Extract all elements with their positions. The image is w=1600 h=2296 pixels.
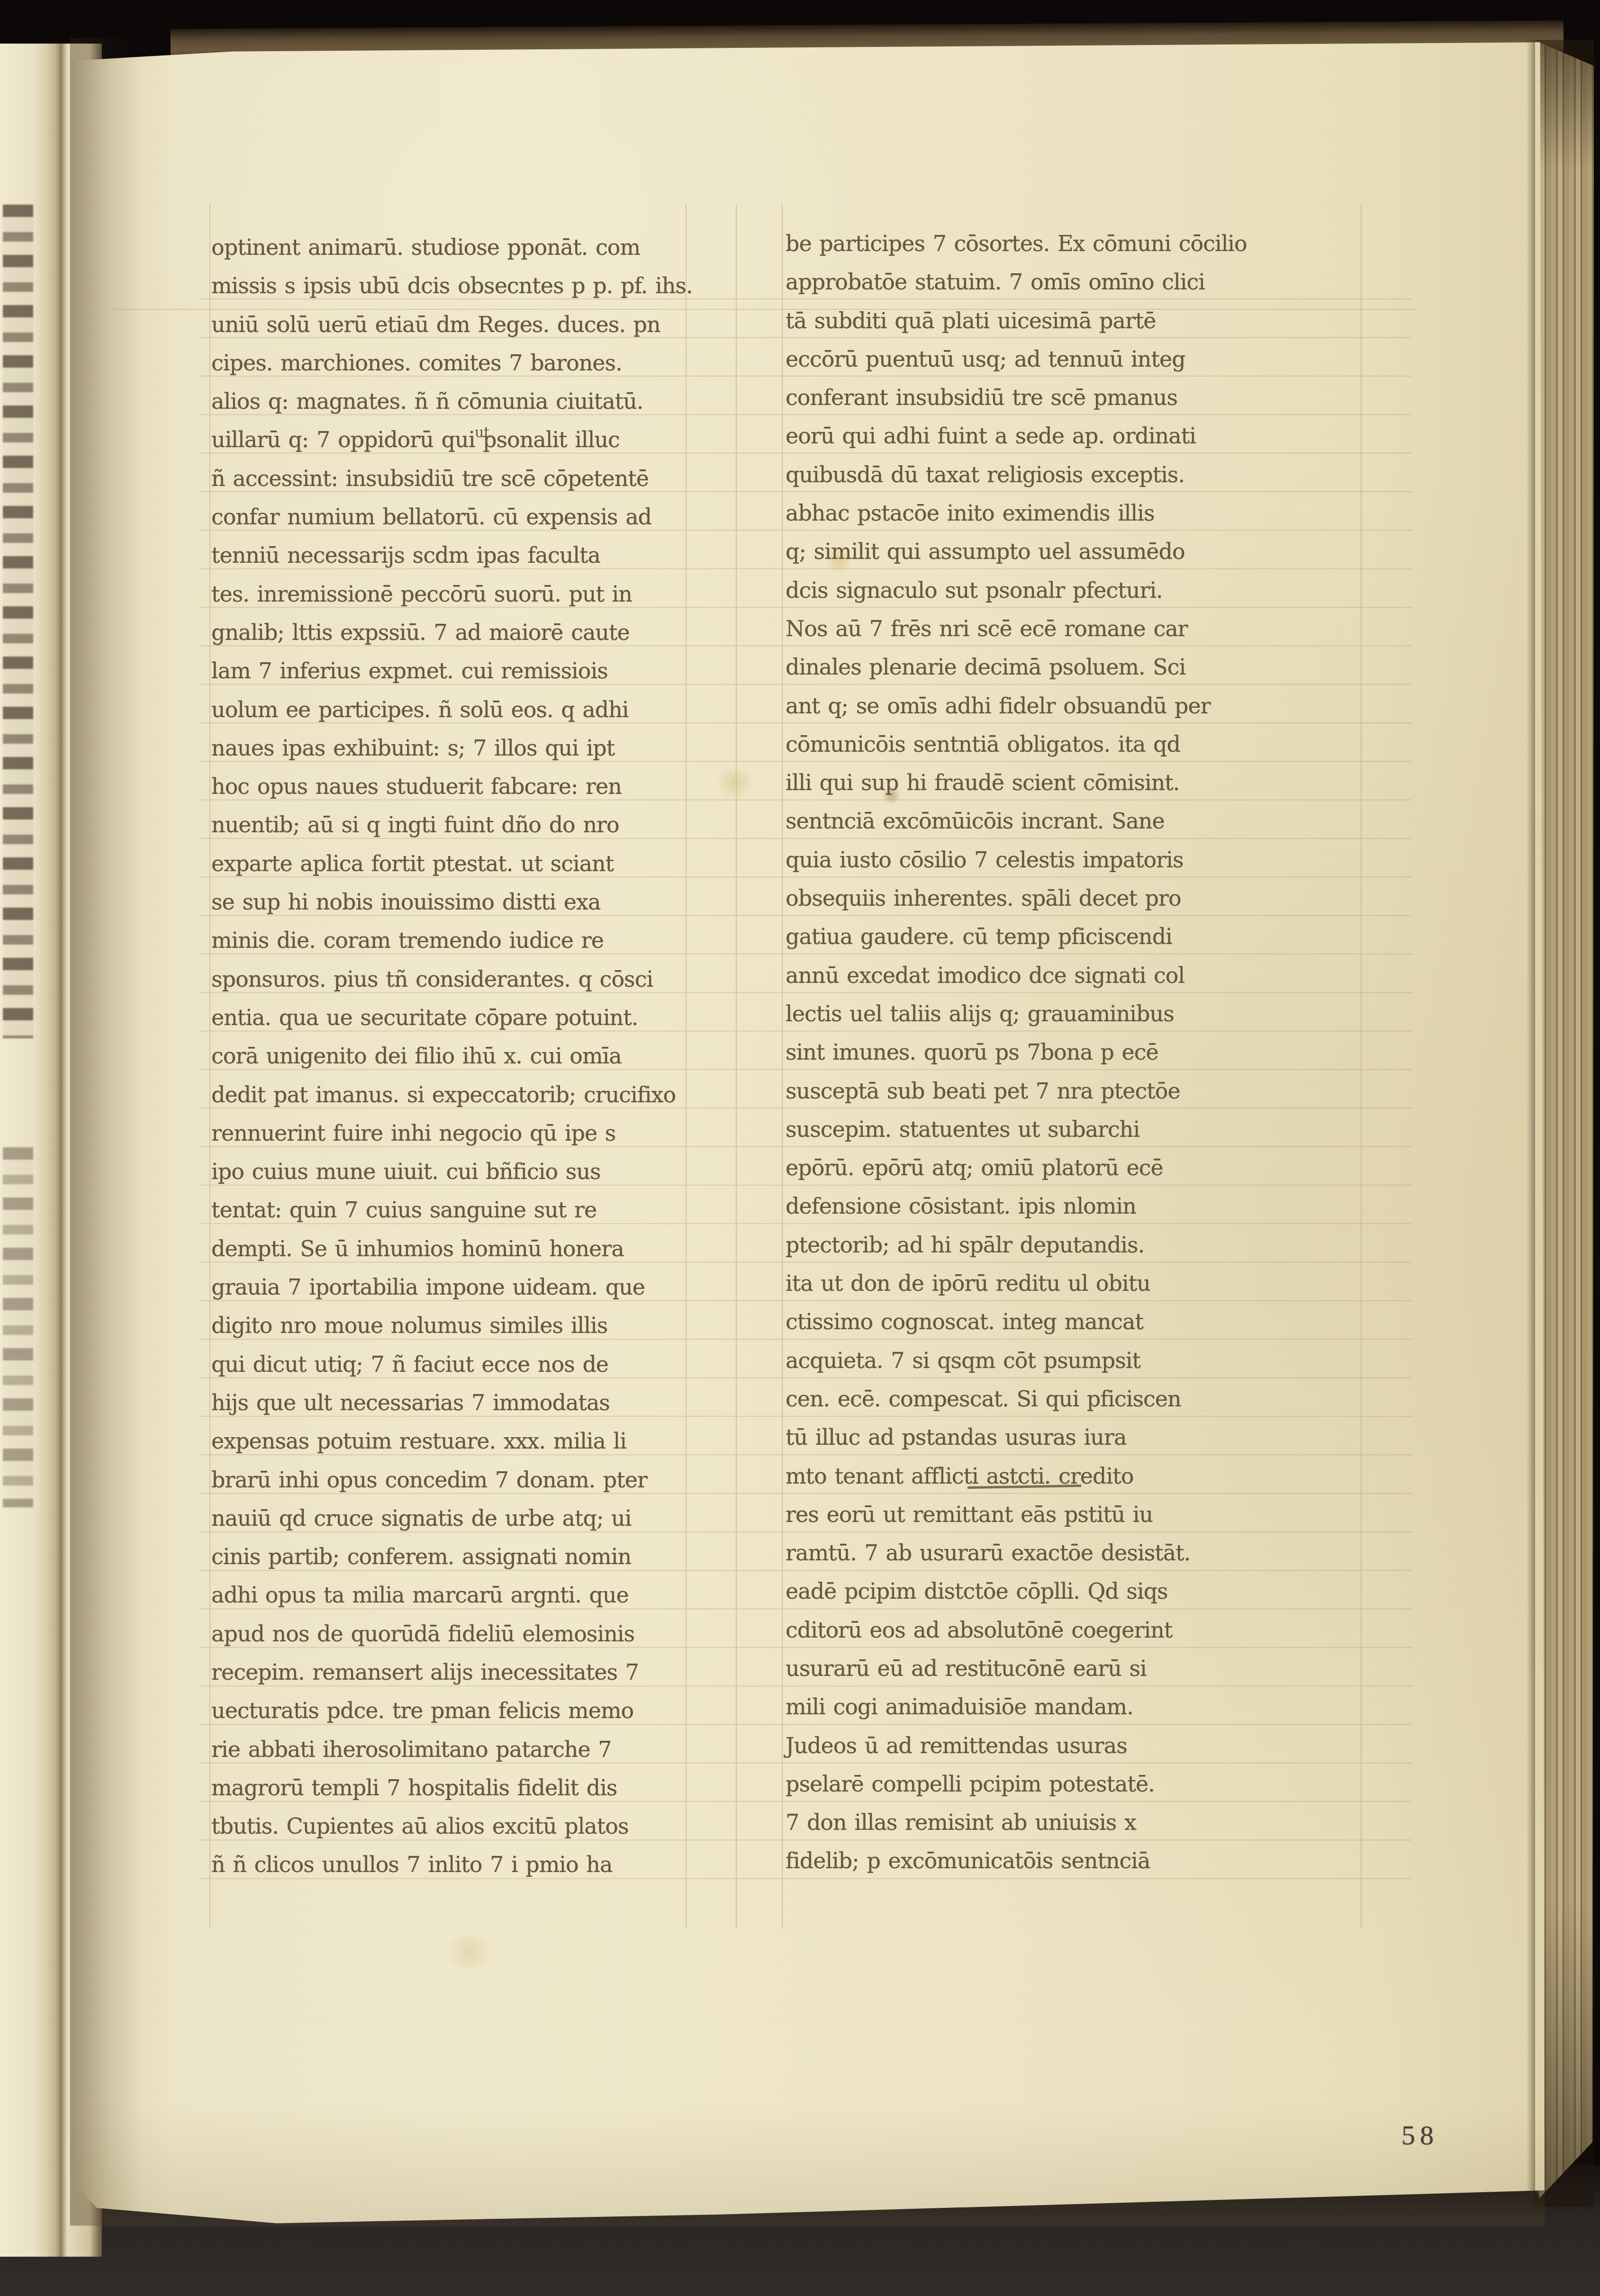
interlinear-correction: ut <box>475 424 489 441</box>
foxing-stain <box>441 1936 497 1969</box>
text-line: cen. ecē. compescat. Si qui pficiscen <box>786 1380 1373 1418</box>
text-line: dinales plenarie decimā psoluem. Sci <box>786 648 1373 686</box>
text-line: lam 7 inferius expmet. cui remissiois <box>211 652 747 690</box>
text-line: 7 don illas remisint ab uniuisis x <box>786 1803 1373 1842</box>
text-line: dcis signaculo sut psonalr pfecturi. <box>786 571 1373 610</box>
text-line: uolum ee participes. ñ solū eos. q adhi <box>211 691 747 729</box>
text-line: fidelib; p excōmunicatōis sentnciā <box>786 1842 1373 1880</box>
text-line: rie abbati iherosolimitano patarche 7 <box>211 1730 747 1769</box>
gutter-shadow <box>70 38 141 2225</box>
text-line: se sup hi nobis inouissimo distti exa <box>211 883 747 921</box>
text-line: nuentib; aū si q ingti fuint dño do nro <box>211 806 747 844</box>
text-line: dempti. Se ū inhumios hominū honera <box>211 1230 747 1268</box>
text-line: grauia 7 iportabilia impone uideam. que <box>211 1268 747 1306</box>
text-line: quibusdā dū taxat religiosis exceptis. <box>786 456 1373 494</box>
text-line: expensas potuim restuare. xxx. milia li <box>211 1422 747 1460</box>
text-line: uecturatis pdce. tre pman felicis memo <box>211 1692 747 1730</box>
text-line: ipo cuius mune uiuit. cui bñficio sus <box>211 1153 747 1191</box>
text-line: minis die. coram tremendo iudice re <box>211 921 747 960</box>
text-line: quia iusto cōsilio 7 celestis impatoris <box>786 841 1373 879</box>
text-line: hoc opus naues studuerit fabcare: ren <box>211 767 747 806</box>
text-line: cinis partib; conferem. assignati nomin <box>211 1538 747 1576</box>
text-line: abhac pstacōe inito eximendis illis <box>786 494 1373 532</box>
text-line: cōmunicōis sentntiā obligatos. ita qd <box>786 725 1373 764</box>
text-line: confar numium bellatorū. cū expensis ad <box>211 498 747 536</box>
text-line: ptectorib; ad hi spālr deputandis. <box>786 1226 1373 1264</box>
text-line: naues ipas exhibuint: s; 7 illos qui ipt <box>211 729 747 767</box>
text-line: mili cogi animaduisiōe mandam. <box>786 1688 1373 1726</box>
text-line: entia. qua ue securitate cōpare potuint. <box>211 999 747 1037</box>
text-line: eadē pcipim distctōe cōplli. Qd siqs <box>786 1572 1373 1611</box>
text-line: gatiua gaudere. cū temp pficiscendi <box>786 918 1373 956</box>
right-text-column: be participes 7 cōsortes. Ex cōmuni cōci… <box>786 225 1373 1881</box>
text-line: be participes 7 cōsortes. Ex cōmuni cōci… <box>786 225 1373 263</box>
text-line: res eorū ut remittant eās pstitū iu <box>786 1495 1373 1534</box>
text-line: acquieta. 7 si qsqm cōt psumpsit <box>786 1342 1373 1380</box>
text-line: eorū qui adhi fuint a sede ap. ordinati <box>786 417 1373 455</box>
text-line: obsequiis inherentes. spāli decet pro <box>786 879 1373 918</box>
text-line: tes. inremissionē peccōrū suorū. put in <box>211 575 747 613</box>
text-line: Nos aū 7 frēs nri scē ecē romane car <box>786 610 1373 648</box>
ruling-line-vertical <box>782 204 783 1928</box>
text-line: qui dicut utiq; 7 ñ faciut ecce nos de <box>211 1345 747 1384</box>
text-line: apud nos de quorūdā fideliū elemosinis <box>211 1615 747 1653</box>
text-line: mto tenant afflicti astcti. credito <box>786 1457 1373 1495</box>
text-line: alios q: magnates. ñ ñ cōmunia ciuitatū. <box>211 382 747 421</box>
text-line: epōrū. epōrū atq; omiū platorū ecē <box>786 1149 1373 1187</box>
text-line: pselarē compelli pcipim potestatē. <box>786 1765 1373 1803</box>
text-line: recepim. remansert alijs inecessitates 7 <box>211 1653 747 1692</box>
text-line: dedit pat imanus. si expeccatorib; cruci… <box>211 1076 747 1114</box>
text-line: hijs que ult necessarias 7 immodatas <box>211 1384 747 1422</box>
text-line: usurarū eū ad restitucōnē earū si <box>786 1649 1373 1688</box>
text-line: sentnciā excōmūicōis incrant. Sane <box>786 802 1373 840</box>
text-line: nauiū qd cruce signatis de urbe atq; ui <box>211 1499 747 1538</box>
page-edge-crease <box>1527 40 1535 2205</box>
text-line: eccōrū puentuū usq; ad tennuū integ <box>786 340 1373 378</box>
text-line: optinent animarū. studiose pponāt. com <box>211 228 747 267</box>
facing-page-text-marks <box>3 205 33 1038</box>
text-line: magrorū templi 7 hospitalis fidelit dis <box>211 1769 747 1807</box>
text-line: annū excedat imodico dce signati col <box>786 956 1373 995</box>
text-line: sponsuros. pius tñ considerantes. q cōsc… <box>211 960 747 999</box>
facing-page-text-marks <box>3 1147 33 1507</box>
text-line: rennuerint fuire inhi negocio qū ipe s <box>211 1114 747 1153</box>
text-line: brarū inhi opus concedim 7 donam. pter <box>211 1461 747 1499</box>
text-line: defensione cōsistant. ipis nlomin <box>786 1187 1373 1225</box>
text-line: ant q; se omīs adhi fidelr obsuandū per <box>786 687 1373 725</box>
text-line: ñ ñ clicos unullos 7 inlito 7 i pmio ha <box>211 1846 747 1884</box>
text-line: susceptā sub beati pet 7 nra ptectōe <box>786 1072 1373 1110</box>
text-line: Judeos ū ad remittendas usuras <box>786 1727 1373 1765</box>
text-line: tbutis. Cupientes aū alios excitū platos <box>211 1807 747 1846</box>
text-line: missis s ipsis ubū dcis obsecntes p p. p… <box>211 267 747 305</box>
text-line: sint imunes. quorū ps 7bona p ecē <box>786 1033 1373 1071</box>
text-line: uniū solū uerū etiaū dm Reges. duces. pn <box>211 306 747 344</box>
text-line: cipes. marchiones. comites 7 barones. <box>211 344 747 382</box>
text-line: ita ut don de ipōrū reditu ul obitu <box>786 1264 1373 1303</box>
folio-number-stamp: 58 <box>1401 2119 1477 2151</box>
text-line: lectis uel taliis alijs q; grauaminibus <box>786 995 1373 1033</box>
text-line: gnalib; lttis expssiū. 7 ad maiorē caute <box>211 613 747 652</box>
text-line: illi qui sup hi fraudē scient cōmisint. <box>786 764 1373 802</box>
text-line: tā subditi quā plati uicesimā partē <box>786 302 1373 340</box>
text-line: digito nro moue nolumus similes illis <box>211 1306 747 1345</box>
text-line: ñ accessint: insubsidiū tre scē cōpetent… <box>211 459 747 498</box>
text-line: tū illuc ad pstandas usuras iura <box>786 1418 1373 1457</box>
text-line: conferant insubsidiū tre scē pmanus <box>786 378 1373 417</box>
text-line: cditorū eos ad absolutōnē coegerint <box>786 1611 1373 1649</box>
text-line: adhi opus ta milia marcarū argnti. que <box>211 1576 747 1614</box>
page-bottom-shade <box>70 2103 1545 2226</box>
text-line: exparte aplica fortit ptestat. ut sciant <box>211 845 747 883</box>
text-line: approbatōe statuim. 7 omīs omīno clici <box>786 263 1373 301</box>
text-line: ctissimo cognoscat. integ mancat <box>786 1303 1373 1341</box>
manuscript-photo: optinent animarū. studiose pponāt. commi… <box>0 0 1600 2296</box>
ruling-line-vertical <box>209 204 210 1928</box>
text-line: ramtū. 7 ab usurarū exactōe desistāt. <box>786 1534 1373 1572</box>
text-line: corā unigenito dei filio ihū x. cui omīa <box>211 1037 747 1075</box>
text-line: q; similit qui assumpto uel assumēdo <box>786 532 1373 571</box>
text-line: tentat: quin 7 cuius sanguine sut re <box>211 1191 747 1229</box>
left-text-column: optinent animarū. studiose pponāt. commi… <box>211 228 747 1884</box>
text-line: tenniū necessarijs scdm ipas faculta <box>211 536 747 575</box>
text-line: suscepim. statuentes ut subarchi <box>786 1110 1373 1149</box>
